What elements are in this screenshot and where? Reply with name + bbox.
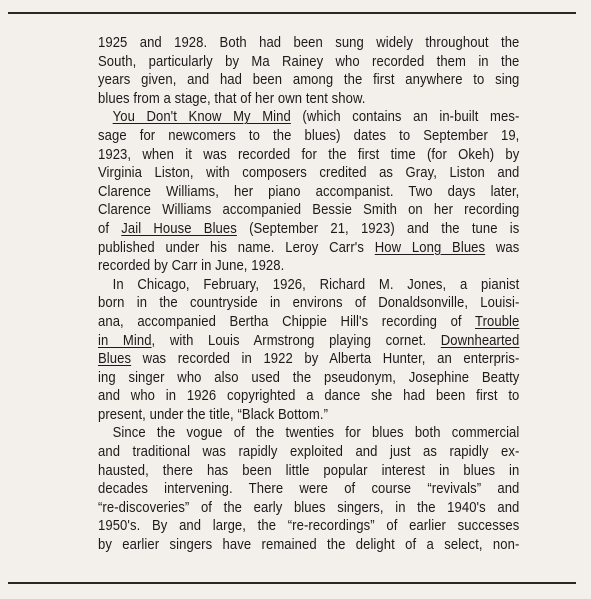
text-run: was [485,239,519,256]
text-line: recorded by Carr in June, 1928. [98,257,519,276]
song-title: Jail House Blues [121,220,237,237]
text-line: sage for newcomers to the blues) dates t… [98,127,519,146]
text-run: blues from a stage, that of her own tent… [98,90,366,107]
text-run: by earlier singers have remained the del… [98,536,519,553]
text-line: In Chicago, February, 1926, Richard M. J… [98,276,519,295]
text-line: and who in 1926 copyrighted a dance she … [98,387,519,406]
top-rule [8,12,576,14]
text-run: (which contains an in-built mes- [291,108,520,125]
text-line: decades intervening. There were of cours… [98,480,519,499]
text-line: by earlier singers have remained the del… [98,536,519,555]
text-run: In Chicago, February, 1926, Richard M. J… [113,276,520,293]
text-run: “re-discoveries” of the early blues sing… [98,499,519,516]
text-line: Clarence Williams accompanied Bessie Smi… [98,201,519,220]
text-run: and who in 1926 copyrighted a dance she … [98,387,519,404]
text-run: ing singer who also used the pseudonym, … [98,369,519,386]
text-line: South, particularly by Ma Rainey who rec… [98,53,519,72]
text-line: of Jail House Blues (September 21, 1923)… [98,220,519,239]
song-title: Blues [98,350,131,367]
text-run: , with Louis Armstrong playing cornet. [152,332,441,349]
bottom-rule [8,582,576,584]
text-line: 1925 and 1928. Both had been sung widely… [98,34,519,53]
text-run: sage for newcomers to the blues) dates t… [98,127,519,144]
song-title: You Don't Know My Mind [113,108,291,125]
text-run: born in the countryside in environs of D… [98,294,519,311]
text-run: ana, accompanied Bertha Chippie Hill's r… [98,313,475,330]
text-line: and traditional was rapidly exploited an… [98,443,519,462]
text-run: was recorded in 1922 by Alberta Hunter, … [131,350,519,367]
song-title: in Mind [98,332,152,349]
text-run: present, under the title, “Black Bottom.… [98,406,328,423]
text-line: in Mind, with Louis Armstrong playing co… [98,332,519,351]
text-run: and traditional was rapidly exploited an… [98,443,519,460]
text-line: You Don't Know My Mind (which contains a… [98,108,519,127]
text-run: Virginia Liston, with composers credited… [98,164,519,181]
text-line: Since the vogue of the twenties for blue… [98,424,519,443]
text-line: 1923, when it was recorded for the first… [98,146,519,165]
song-title: How Long Blues [375,239,485,256]
song-title: Trouble [475,313,519,330]
text-line: ing singer who also used the pseudonym, … [98,369,519,388]
text-line: Virginia Liston, with composers credited… [98,164,519,183]
text-line: published under his name. Leroy Carr's H… [98,239,519,258]
text-run: South, particularly by Ma Rainey who rec… [98,53,519,70]
text-run: decades intervening. There were of cours… [98,480,519,497]
text-run: years given, and had been among the firs… [98,71,519,88]
song-title: Downhearted [441,332,520,349]
text-line: Clarence Williams, her piano accompanist… [98,183,519,202]
body-text: 1925 and 1928. Both had been sung widely… [98,34,519,555]
text-run: Clarence Williams, her piano accompanist… [98,183,519,200]
text-run: 1923, when it was recorded for the first… [98,146,519,163]
text-line: hausted, there has been little popular i… [98,462,519,481]
text-line: ana, accompanied Bertha Chippie Hill's r… [98,313,519,332]
text-line: Blues was recorded in 1922 by Alberta Hu… [98,350,519,369]
text-run: hausted, there has been little popular i… [98,462,519,479]
text-line: born in the countryside in environs of D… [98,294,519,313]
text-line: present, under the title, “Black Bottom.… [98,406,519,425]
text-run: Since the vogue of the twenties for blue… [113,424,520,441]
text-run: recorded by Carr in June, 1928. [98,257,284,274]
text-run: published under his name. Leroy Carr's [98,239,375,256]
text-line: “re-discoveries” of the early blues sing… [98,499,519,518]
text-line: blues from a stage, that of her own tent… [98,90,519,109]
text-run: 1950's. By and large, the “re-recordings… [98,517,519,534]
text-line: years given, and had been among the firs… [98,71,519,90]
text-line: 1950's. By and large, the “re-recordings… [98,517,519,536]
text-run: 1925 and 1928. Both had been sung widely… [98,34,519,51]
text-run: of [98,220,121,237]
text-run: (September 21, 1923) and the tune is [237,220,520,237]
text-run: Clarence Williams accompanied Bessie Smi… [98,201,519,218]
